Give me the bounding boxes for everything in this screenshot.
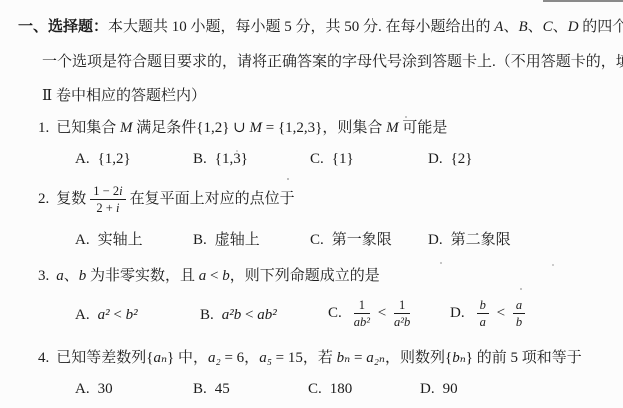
question-4-number: 4. [38, 350, 49, 366]
scan-specks [0, 0, 2, 2]
question-1-option-b: B.{1,3} [193, 150, 248, 169]
exam-paper-scan: 一、选择题：本大题共 10 小题，每小题 5 分，共 50 分. 在每小题给出的… [0, 0, 623, 408]
option-a-content: 实轴上 [98, 232, 143, 248]
option-d-content: {2} [451, 151, 473, 167]
option-a-label: A. [75, 232, 90, 248]
option-a-label: A. [75, 307, 90, 323]
option-b-label: B. [193, 381, 207, 397]
option-b-label: B. [200, 307, 214, 323]
option-d-content: 第二象限 [451, 232, 511, 248]
question-1-option-c: C.{1} [310, 150, 354, 169]
question-3-number: 3. [38, 268, 49, 284]
question-2-option-c: C.第一象限 [310, 231, 392, 250]
option-c-content: 180 [330, 381, 353, 397]
question-1-number: 1. [38, 120, 49, 136]
option-d-content: 90 [443, 381, 458, 397]
option-c-label: C. [308, 381, 322, 397]
scan-artifact-line [543, 0, 623, 2]
question-1-stem: 已知集合 M 满足条件{1,2} ∪ M = {1,2,3}，则集合 M 可能是 [56, 120, 447, 136]
question-2-stem: 复数1 − 2i2 + i在复平面上对应的点位于 [56, 191, 294, 207]
question-2-stem-row: 2.复数1 − 2i2 + i在复平面上对应的点位于 [38, 184, 295, 216]
question-3-option-d: D.ba < ab [450, 298, 529, 330]
option-c-content: 第一象限 [332, 232, 392, 248]
option-c-content: {1} [332, 151, 354, 167]
option-c-label: C. [328, 305, 342, 321]
option-c-label: C. [310, 232, 324, 248]
question-4-stem-row: 4.已知等差数列{aₙ} 中，a₂ = 6，a₅ = 15，若 bₙ = a₂ₙ… [38, 349, 582, 368]
question-3-stem: a、b 为非零实数，且 a < b，则下列命题成立的是 [56, 268, 380, 284]
question-2-number: 2. [38, 191, 49, 207]
option-a-label: A. [75, 151, 90, 167]
header-line-1: 一、选择题：本大题共 10 小题，每小题 5 分，共 50 分. 在每小题给出的… [18, 18, 623, 37]
header-line1-text: 本大题共 10 小题，每小题 5 分，共 50 分. 在每小题给出的 A、B、C… [108, 19, 623, 35]
question-4-option-d: D.90 [420, 380, 458, 399]
question-3-option-c: C.1ab² < 1a²b [328, 298, 414, 330]
section-title: 一、选择题： [18, 19, 108, 35]
option-d-label: D. [428, 232, 443, 248]
question-4-option-c: C.180 [308, 380, 352, 399]
question-3-option-b: B.a²b < ab² [200, 306, 277, 325]
option-b-label: B. [193, 151, 207, 167]
option-d-label: D. [420, 381, 435, 397]
question-3-options-row: A.a² < b² B.a²b < ab² C.1ab² < 1a²b D.ba… [0, 296, 623, 336]
question-2-option-d: D.第二象限 [428, 231, 511, 250]
header-line-2: 一个选项是符合题目要求的，请将正确答案的字母代号涂到答题卡上.（不用答题卡的，填… [42, 53, 623, 72]
option-a-content: 30 [98, 381, 113, 397]
question-1-option-a: A.{1,2} [75, 150, 131, 169]
option-a-content: {1,2} [98, 151, 131, 167]
question-3-stem-row: 3.a、b 为非零实数，且 a < b，则下列命题成立的是 [38, 267, 380, 286]
option-b-content: 45 [215, 381, 230, 397]
question-2-option-b: B.虚轴上 [193, 231, 260, 250]
question-3-option-a: A.a² < b² [75, 306, 138, 325]
option-b-content: {1,3} [215, 151, 248, 167]
header-line2-text: 一个选项是符合题目要求的，请将正确答案的字母代号涂到答题卡上.（不用答题卡的，填… [42, 54, 623, 70]
header-line3-text: Ⅱ 卷中相应的答题栏内） [42, 88, 206, 104]
question-4-option-b: B.45 [193, 380, 230, 399]
option-c-label: C. [310, 151, 324, 167]
question-1-option-d: D.{2} [428, 150, 473, 169]
option-b-content: a²b < ab² [222, 307, 277, 323]
question-4-option-a: A.30 [75, 380, 113, 399]
header-line-3: Ⅱ 卷中相应的答题栏内） [42, 87, 206, 106]
option-b-content: 虚轴上 [215, 232, 260, 248]
question-4-stem: 已知等差数列{aₙ} 中，a₂ = 6，a₅ = 15，若 bₙ = a₂ₙ，则… [56, 350, 581, 366]
question-1-stem-row: 1.已知集合 M 满足条件{1,2} ∪ M = {1,2,3}，则集合 M 可… [38, 119, 447, 138]
option-d-content: ba < ab [473, 305, 529, 321]
question-2-option-a: A.实轴上 [75, 231, 143, 250]
option-d-label: D. [428, 151, 443, 167]
option-c-content: 1ab² < 1a²b [350, 305, 414, 321]
option-d-label: D. [450, 305, 465, 321]
option-b-label: B. [193, 232, 207, 248]
option-a-label: A. [75, 381, 90, 397]
option-a-content: a² < b² [98, 307, 138, 323]
